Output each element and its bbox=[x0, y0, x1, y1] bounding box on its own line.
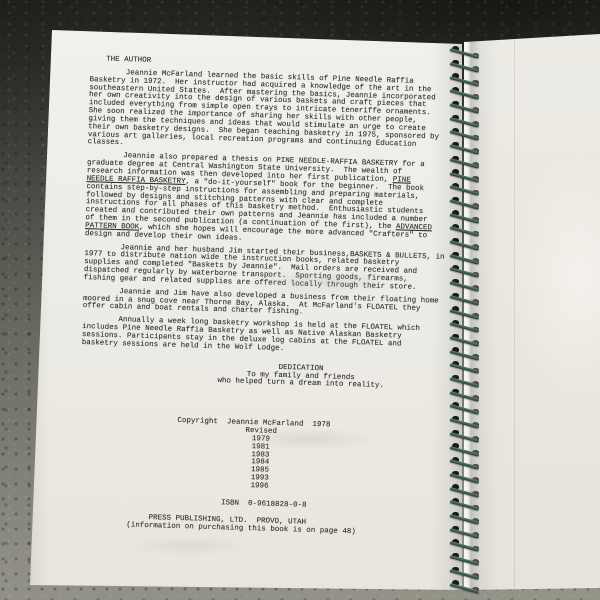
paragraph: Jeannie also prepared a thesis on PINE N… bbox=[85, 152, 459, 249]
isbn-line: ISBN 0-9618828-0-8 bbox=[221, 500, 449, 515]
paragraph: Jeannie McFarland learned the basic skil… bbox=[88, 69, 462, 158]
page-crease bbox=[514, 30, 515, 590]
paragraph: Annually a week long basketry workshop i… bbox=[82, 316, 455, 358]
paragraph: Jeannie and her husband Jim started thei… bbox=[84, 244, 457, 294]
author-paragraphs: Jeannie McFarland learned the basic skil… bbox=[82, 69, 462, 359]
revision-block: Revised 1979 1981 1983 1984 1985 1993 19… bbox=[199, 427, 321, 493]
typewritten-text: THE AUTHOR Jeannie McFarland learned the… bbox=[37, 30, 454, 539]
author-page: THE AUTHOR Jeannie McFarland learned the… bbox=[24, 24, 464, 594]
book-photo: THE AUTHOR Jeannie McFarland learned the… bbox=[0, 0, 600, 600]
facing-page bbox=[464, 30, 600, 590]
page-body: Jeannie McFarland learned the basic skil… bbox=[76, 69, 461, 539]
dedication-block: DEDICATION To my family and friends who … bbox=[161, 361, 442, 393]
